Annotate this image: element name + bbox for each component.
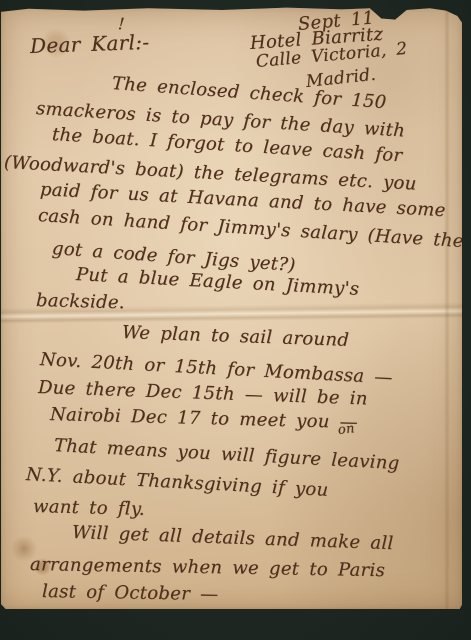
letter-line: Nairobi Dec 17 to meet you — — [50, 405, 358, 433]
letter-paper: Sept 11 Hotel Biarritz Calle Victoria, 2… — [1, 7, 462, 609]
letter-line: Will get all details and make all — [72, 523, 394, 554]
photo-backdrop: Sept 11 Hotel Biarritz Calle Victoria, 2… — [0, 0, 471, 640]
letter-line: We plan to sail around — [122, 323, 350, 351]
letter-line: N.Y. about Thanksgiving if you — [25, 465, 328, 501]
vertical-fold-crease — [444, 7, 450, 609]
letter-line: arrangements when we get to Paris — [30, 555, 385, 581]
letter-line: backside. — [36, 291, 125, 313]
inserted-word: on — [337, 422, 355, 438]
salutation: Dear Karl:- — [30, 31, 150, 57]
letter-line: want to fly. — [33, 497, 145, 520]
letter-line: last of October — — [42, 582, 219, 605]
